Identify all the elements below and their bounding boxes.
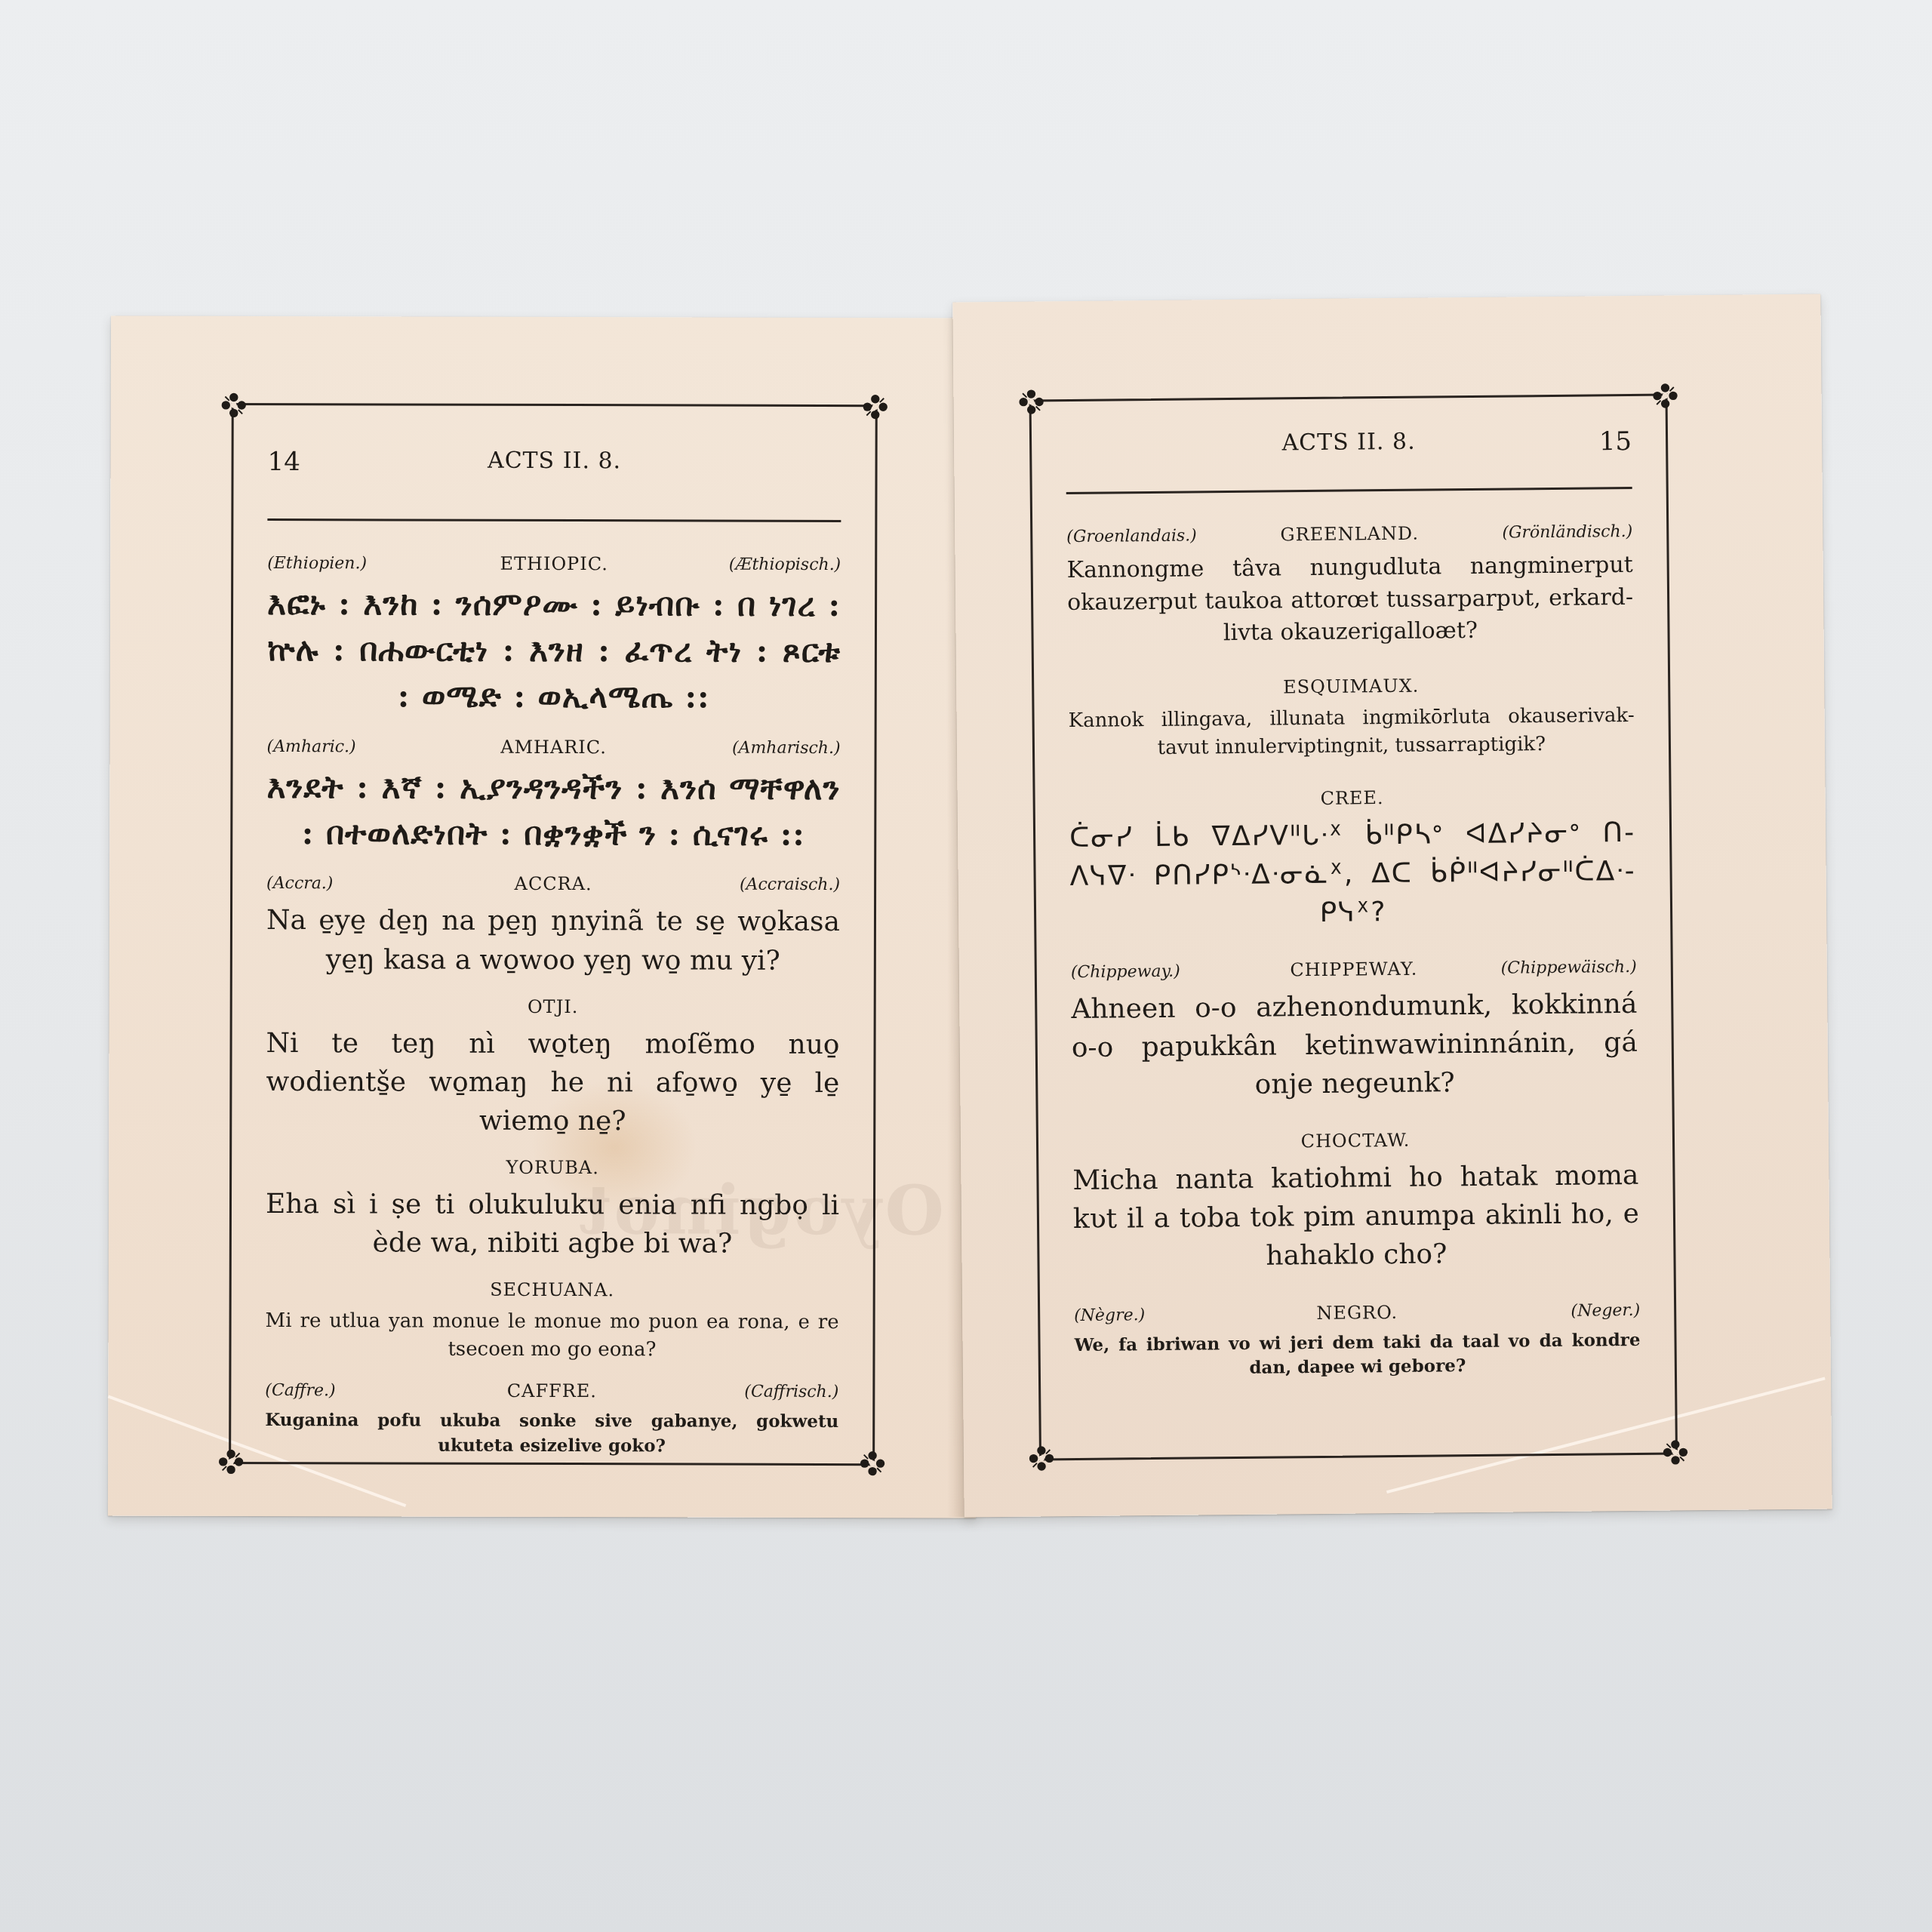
corner-ornament-icon (1017, 387, 1045, 416)
language-name: AMHARIC. (500, 737, 607, 758)
language-name: GREENLAND. (1280, 523, 1419, 546)
page-number: 15 (1599, 426, 1632, 457)
language-entry-caffre: (Caffre.) CAFFRE. (Caffrisch.) Kuganina … (265, 1380, 838, 1459)
verse-text: እፎኑ : እንከ : ንሰምዖሙ : ይነብቡ : በ ነገረ : ኵሉ : … (267, 581, 841, 721)
entry-heading: (Ethiopien.) ETHIOPIC. (Æthiopisch.) (267, 552, 841, 583)
language-name: ACCRA. (515, 873, 592, 894)
language-name: ESQUIMAUX. (1283, 675, 1419, 697)
verse-text: We, fa ibriwan vo wi jeri dem taki da ta… (1074, 1327, 1641, 1383)
german-name: (Neger.) (1571, 1300, 1640, 1320)
language-name: CHOCTAW. (1301, 1130, 1411, 1152)
language-entry-choctaw: CHOCTAW. Micha nanta katiohmi ho hatak m… (1072, 1128, 1640, 1278)
language-entries: (Ethiopien.) ETHIOPIC. (Æthiopisch.) እፎኑ… (265, 552, 841, 1475)
corner-ornament-icon (1027, 1444, 1056, 1472)
verse-text: Ahneen o-o azhenondumunk, kokkinná o-o p… (1071, 985, 1638, 1106)
german-name: (Caffrisch.) (744, 1383, 838, 1401)
german-name: (Amharisch.) (732, 738, 841, 757)
language-name: CHIPPEWAY. (1290, 958, 1417, 981)
language-entry-sechuana: SECHUANA. Mi re utlua yan monue le monue… (265, 1278, 838, 1364)
entry-heading: ESQUIMAUX. (1068, 673, 1634, 707)
entry-heading: (Groenlandais.) GREENLAND. (Grönländisch… (1066, 521, 1632, 555)
french-name: (Ethiopien.) (267, 554, 367, 573)
corner-ornament-icon (858, 1449, 887, 1478)
french-name: (Caffre.) (265, 1381, 335, 1400)
corner-ornament-icon (220, 391, 248, 420)
header-rule (1066, 487, 1632, 494)
verse-text: Ni te teŋ nì wo̱teŋ moſẽmo nuo̱ wodientš… (266, 1024, 839, 1141)
entry-heading: SECHUANA. (266, 1278, 839, 1309)
left-page: Oyoginot 14 ACTS II. 8. (108, 315, 979, 1518)
verse-text: Eha sì i ṣe ti olukuluku enia nfi ngbọ l… (266, 1185, 839, 1263)
french-name: (Amharic.) (267, 737, 356, 756)
verse-text: Mi re utlua yan monue le monue mo puon e… (265, 1307, 838, 1364)
language-name: CREE. (1320, 787, 1383, 809)
verse-text: Kannok illingava, illunata ingmikōrluta … (1068, 702, 1635, 763)
language-entry-chippeway: (Chippeway.) CHIPPEWAY. (Chippewäisch.) … (1071, 956, 1638, 1106)
verse-text: Kannongme tâva nungudluta nangminerput o… (1067, 549, 1634, 651)
language-entry-yoruba: YORUBA. Eha sì i ṣe ti olukuluku enia nf… (266, 1156, 839, 1263)
corner-ornament-icon (1661, 1438, 1690, 1466)
entry-heading: (Nègre.) NEGRO. (Neger.) (1074, 1299, 1640, 1333)
running-head: 14 ACTS II. 8. (267, 447, 841, 486)
french-name: (Chippeway.) (1071, 962, 1180, 982)
french-name: (Nègre.) (1074, 1306, 1145, 1325)
french-name: (Groenlandais.) (1066, 526, 1197, 546)
entry-heading: OTJI. (266, 995, 840, 1026)
entry-heading: (Caffre.) CAFFRE. (Caffrisch.) (265, 1380, 838, 1410)
verse-text: እንደት : እኛ : ኢያንዳንዳችን : እንሰ ማቸዋለን : በተወለድ… (266, 764, 840, 858)
page-frame: 14 ACTS II. 8. (Ethiopien.) ETHIOPIC. (Æ… (229, 403, 878, 1466)
entry-heading: (Accra.) ACCRA. (Accraisch.) (266, 872, 840, 903)
corner-ornament-icon (861, 392, 890, 421)
language-name: ETHIOPIC. (500, 553, 608, 574)
verse-text: ᑖᓂᓯ ᒫᑲ ᐁᐃᓯᐯᐦᒐᐧᕽ ᑳᐦᑭᓴᐤ ᐊᐃᓯᔨᓂᐤ ᑎ- ᐱᓭᐁᐧ ᑭᑎᓯ… (1069, 813, 1636, 934)
running-title: ACTS II. 8. (268, 447, 841, 475)
header-rule (267, 518, 841, 522)
right-page: ACTS II. 8. 15 (Groenlandais.) GREENLAND… (952, 294, 1832, 1518)
language-entry-greenland: (Groenlandais.) GREENLAND. (Grönländisch… (1066, 521, 1634, 651)
photo-scene: Oyoginot 14 ACTS II. 8. (0, 0, 1932, 1932)
language-name: SECHUANA. (490, 1279, 614, 1300)
language-entry-cree: CREE. ᑖᓂᓯ ᒫᑲ ᐁᐃᓯᐯᐦᒐᐧᕽ ᑳᐦᑭᓴᐤ ᐊᐃᓯᔨᓂᐤ ᑎ- ᐱᓭ… (1069, 785, 1637, 935)
entry-heading: (Amharic.) AMHARIC. (Amharisch.) (267, 736, 841, 766)
language-entry-amharic: (Amharic.) AMHARIC. (Amharisch.) እንደት : … (266, 736, 840, 858)
language-name: OTJI. (528, 996, 578, 1017)
verse-text: Kuganina pofu ukuba sonke sive gabanye, … (265, 1408, 838, 1459)
entry-heading: YORUBA. (266, 1156, 839, 1186)
language-entry-otji: OTJI. Ni te teŋ nì wo̱teŋ moſẽmo nuo̱ wo… (266, 995, 839, 1141)
german-name: (Æthiopisch.) (729, 555, 841, 574)
language-entry-esquimaux: ESQUIMAUX. Kannok illingava, illunata in… (1068, 673, 1635, 763)
running-title: ACTS II. 8. (1066, 426, 1632, 458)
language-name: CAFFRE. (507, 1380, 597, 1401)
language-name: YORUBA. (506, 1157, 598, 1178)
corner-ornament-icon (1651, 381, 1679, 410)
corner-ornament-icon (217, 1447, 245, 1476)
language-name: NEGRO. (1316, 1302, 1398, 1324)
french-name: (Accra.) (266, 874, 333, 893)
german-name: (Accraisch.) (740, 875, 840, 894)
language-entry-negro: (Nègre.) NEGRO. (Neger.) We, fa ibriwan … (1074, 1299, 1641, 1383)
entry-heading: (Chippeway.) CHIPPEWAY. (Chippewäisch.) (1071, 956, 1637, 990)
language-entry-accra: (Accra.) ACCRA. (Accraisch.) Na e̱ye̱ de… (266, 872, 840, 980)
verse-text: Micha nanta katiohmi ho hatak moma kʋt i… (1072, 1156, 1639, 1278)
german-name: (Chippewäisch.) (1501, 958, 1637, 978)
entry-heading: CHOCTAW. (1072, 1128, 1638, 1161)
language-entry-ethiopic: (Ethiopien.) ETHIOPIC. (Æthiopisch.) እፎኑ… (267, 552, 841, 721)
german-name: (Grönländisch.) (1502, 522, 1632, 543)
running-head: ACTS II. 8. 15 (1066, 426, 1632, 469)
verse-text: Na e̱ye̱ de̱ŋ na pe̱ŋ ŋnyinã te se̱ wo̱k… (266, 901, 840, 980)
entry-heading: CREE. (1069, 785, 1635, 819)
page-frame: ACTS II. 8. 15 (Groenlandais.) GREENLAND… (1029, 393, 1678, 1460)
language-entries: (Groenlandais.) GREENLAND. (Grönländisch… (1066, 521, 1641, 1399)
